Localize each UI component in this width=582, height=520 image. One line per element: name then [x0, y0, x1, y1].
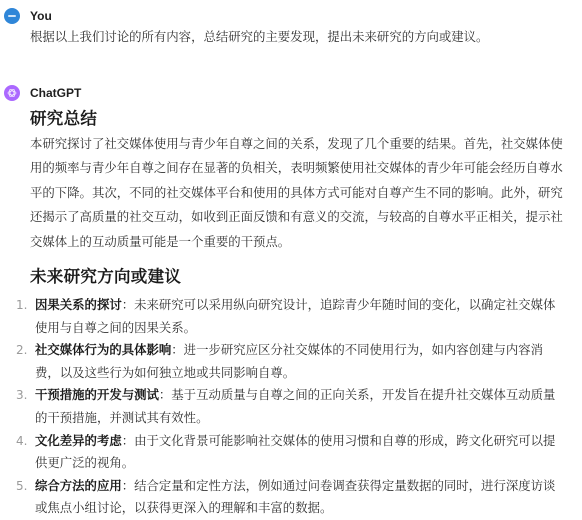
list-item-text: ：进一步研究应区分社交媒体的不同使用行为，如内容创建与内容消 — [171, 342, 543, 357]
summary-line: 用的频率与青少年自尊之间存在显著的负相关，表明频繁使用社交媒体的青少年可能会经历… — [30, 156, 582, 180]
list-item-text: 或焦点小组讨论，以获得更深入的理解和丰富的数据。 — [35, 497, 582, 520]
list-item-title: 综合方法的应用 — [35, 478, 122, 493]
future-directions-list: 1. 因果关系的探讨：未来研究可以采用纵向研究设计，追踪青少年随时间的变化，以确… — [0, 294, 582, 520]
list-item-title: 干预措施的开发与测试 — [35, 387, 159, 402]
list-number: 3. — [16, 384, 27, 407]
summary-paragraph: 本研究探讨了社交媒体使用与青少年自尊之间的关系，发现了几个重要的结果。首先，社交… — [30, 132, 582, 254]
list-item: 1. 因果关系的探讨：未来研究可以采用纵向研究设计，追踪青少年随时间的变化，以确… — [0, 294, 582, 339]
list-item-text: ：结合定量和定性方法，例如通过问卷调查获得定量数据的同时，进行深度访谈 — [122, 478, 556, 493]
list-item-title: 文化差异的考虑 — [35, 433, 122, 448]
list-item: 3. 干预措施的开发与测试：基于互动质量与自尊之间的正向关系，开发旨在提升社交媒… — [0, 384, 582, 429]
list-item-text: ：基于互动质量与自尊之间的正向关系，开发旨在提升社交媒体互动质量 — [159, 387, 556, 402]
list-number: 1. — [16, 294, 27, 317]
list-item-text: ：未来研究可以采用纵向研究设计，追踪青少年随时间的变化，以确定社交媒体 — [122, 297, 556, 312]
list-item-title: 社交媒体行为的具体影响 — [35, 342, 171, 357]
list-number: 2. — [16, 339, 27, 362]
list-item: 4. 文化差异的考虑：由于文化背景可能影响社交媒体的使用习惯和自尊的形成，跨文化… — [0, 430, 582, 475]
summary-heading: 研究总结 — [30, 105, 97, 129]
list-item-text: 供更广泛的视角。 — [35, 452, 582, 475]
list-number: 4. — [16, 430, 27, 453]
list-item-title: 因果关系的探讨 — [35, 297, 122, 312]
user-avatar-icon — [4, 8, 20, 24]
summary-line: 本研究探讨了社交媒体使用与青少年自尊之间的关系，发现了几个重要的结果。首先，社交… — [30, 132, 582, 156]
assistant-author-label: ChatGPT — [30, 86, 81, 100]
user-author-label: You — [30, 9, 52, 23]
list-number: 5. — [16, 475, 27, 498]
summary-line: 平的下降。其次，不同的社交媒体平台和使用的具体方式可能对自尊产生不同的影响。此外… — [30, 181, 582, 205]
future-directions-heading: 未来研究方向或建议 — [30, 263, 181, 287]
list-item-text: 费，以及这些行为如何独立地或共同影响自尊。 — [35, 362, 582, 385]
list-item: 2. 社交媒体行为的具体影响：进一步研究应区分社交媒体的不同使用行为，如内容创建… — [0, 339, 582, 384]
list-item: 5. 综合方法的应用：结合定量和定性方法，例如通过问卷调查获得定量数据的同时，进… — [0, 475, 582, 520]
list-item-text: 的干预措施，并测试其有效性。 — [35, 407, 582, 430]
user-message-text: 根据以上我们讨论的所有内容，总结研究的主要发现，提出未来研究的方向或建议。 — [30, 28, 488, 46]
list-item-text: ：由于文化背景可能影响社交媒体的使用习惯和自尊的形成，跨文化研究可以提 — [122, 433, 556, 448]
summary-line: 交媒体上的互动质量可能是一个重要的干预点。 — [30, 230, 582, 254]
summary-line: 还揭示了高质量的社交互动，如收到正面反馈和有意义的交流，与较高的自尊水平正相关，… — [30, 205, 582, 229]
chatgpt-logo-icon — [4, 85, 20, 101]
list-item-text: 使用与自尊之间的因果关系。 — [35, 317, 582, 340]
